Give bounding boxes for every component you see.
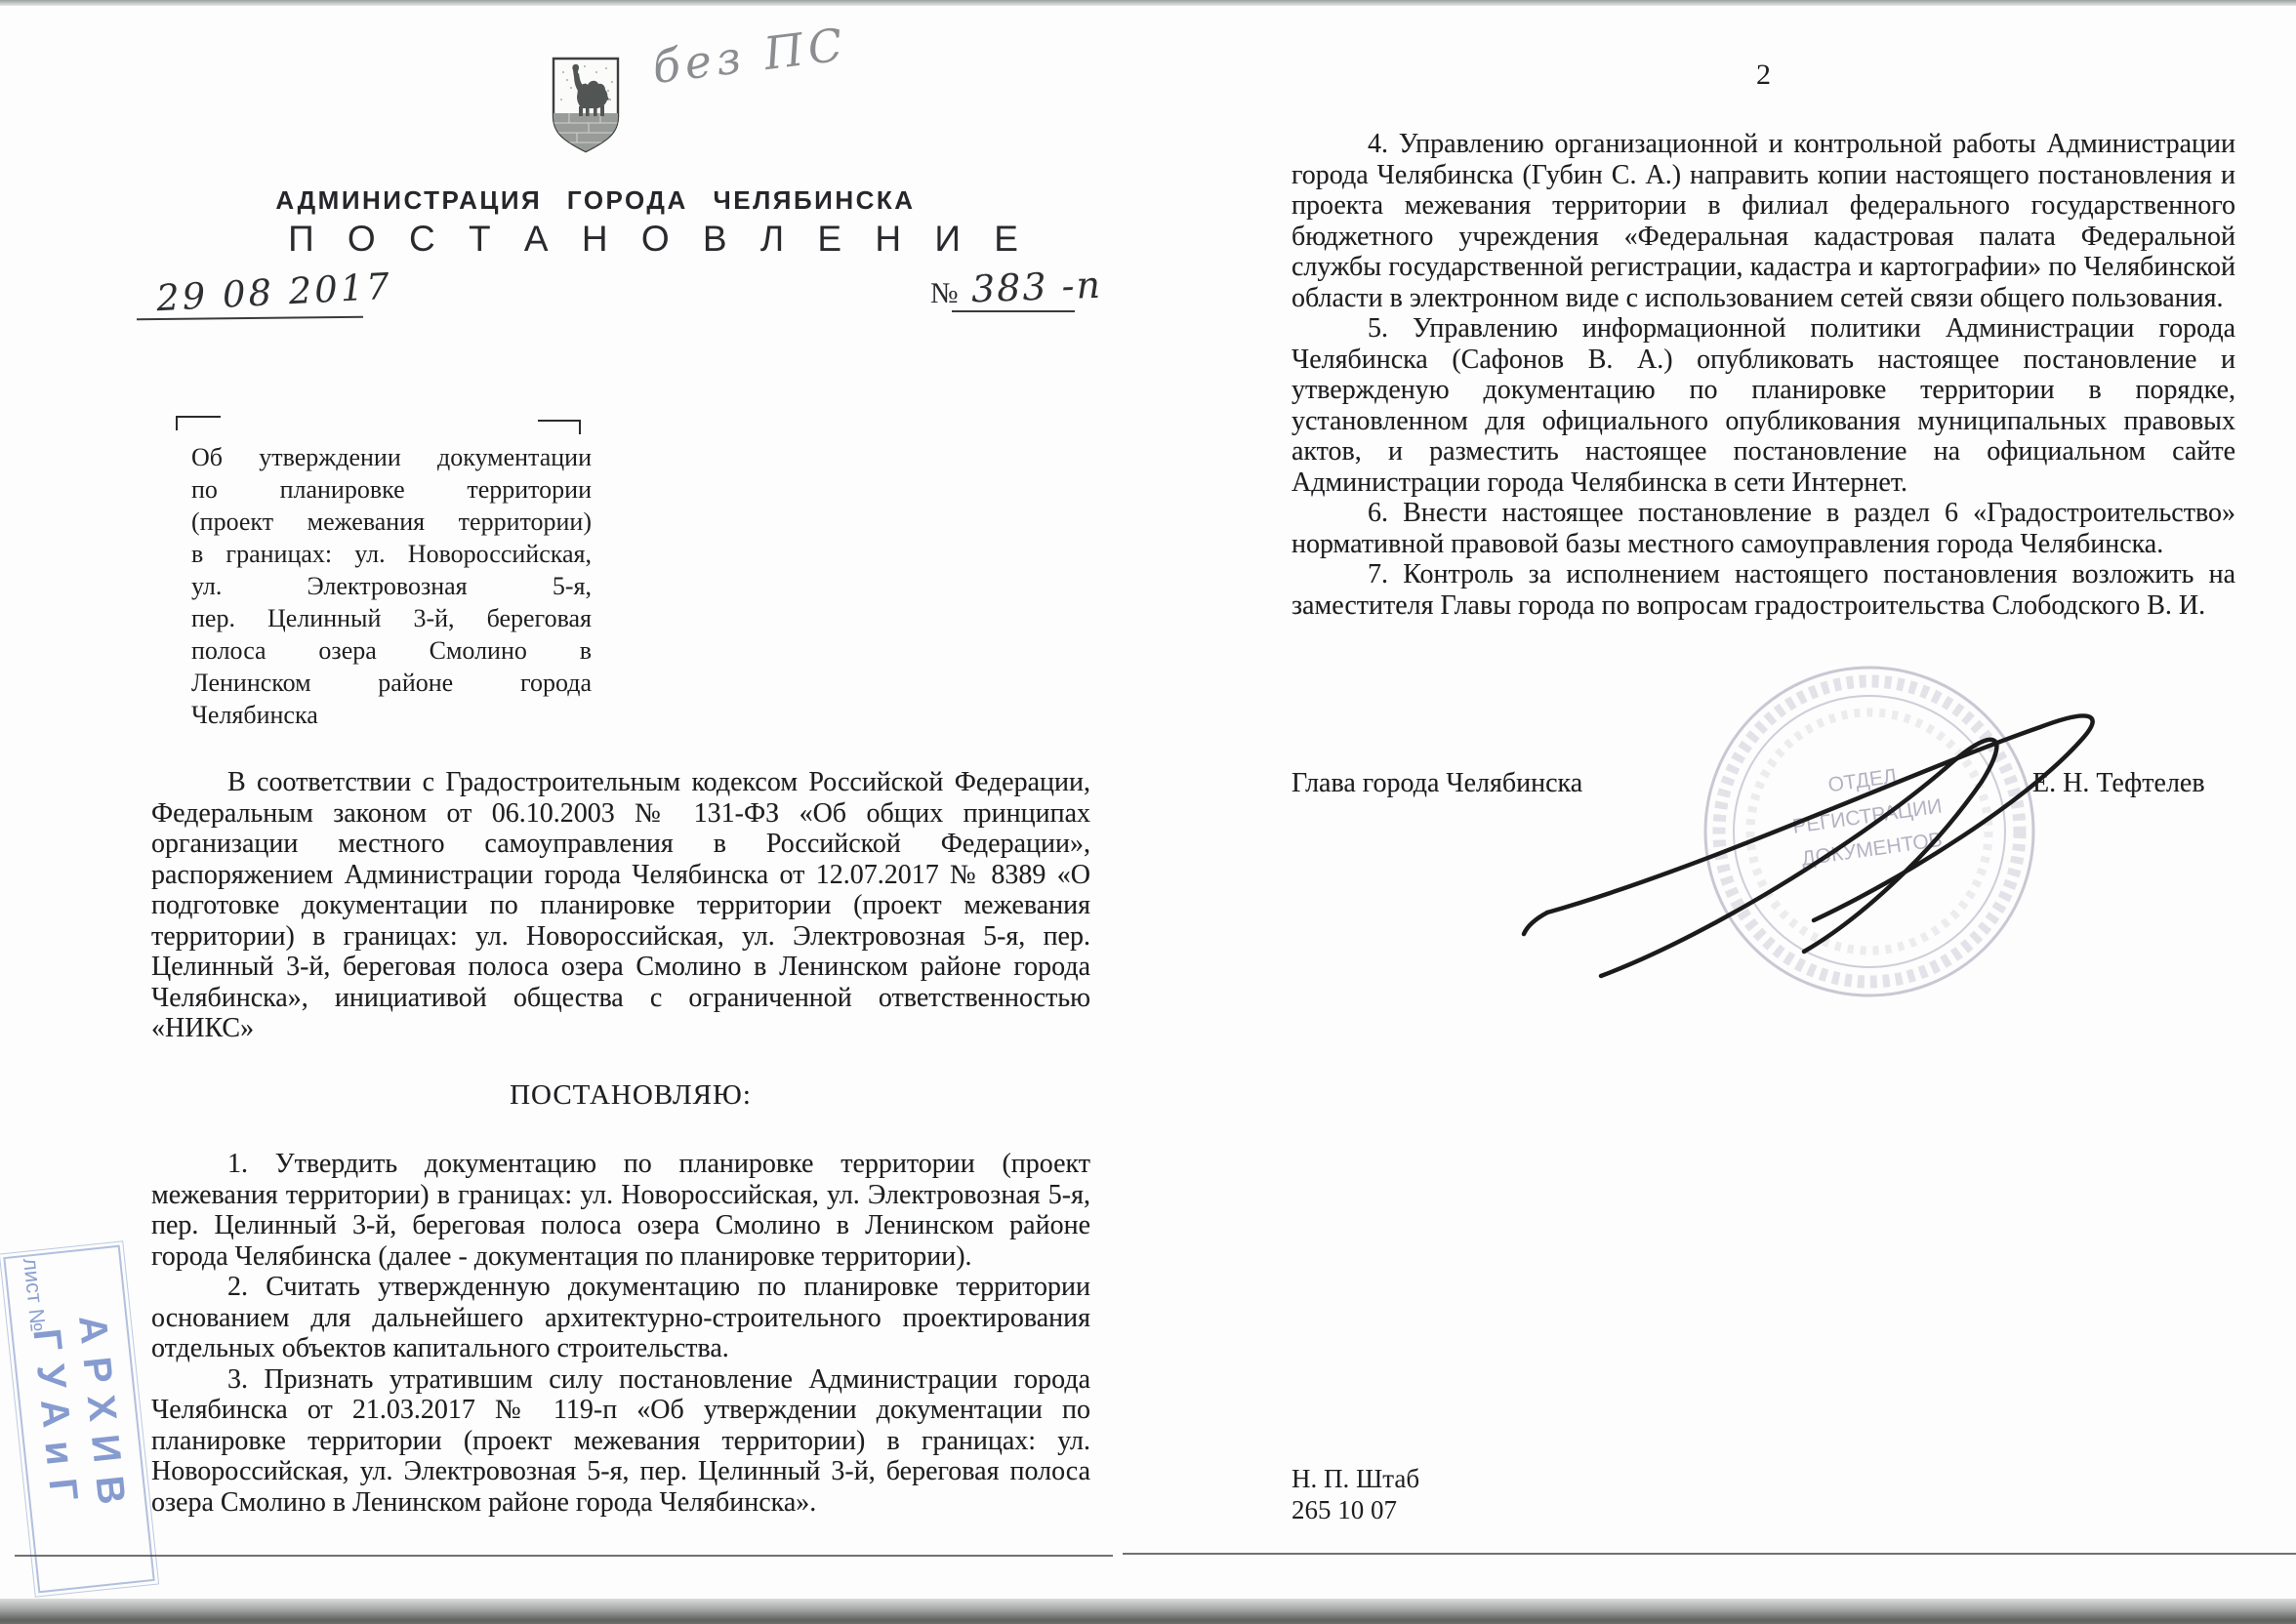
page-number: 2 xyxy=(1291,59,2235,92)
pencil-note: без ПС xyxy=(649,18,849,94)
scanned-decree-document: без ПС xyxy=(0,0,2296,1624)
archive-stamp: ГУАиГАРХИВ xyxy=(3,1245,155,1594)
decree-items-page2: 4. Управлению организационной и контроль… xyxy=(1291,129,2235,621)
decree-item: 4. Управлению организационной и контроль… xyxy=(1291,129,2235,313)
org-name: АДМИНИСТРАЦИЯ ГОРОДА ЧЕЛЯБИНСКА xyxy=(151,185,1040,216)
decree-item: 1. Утвердить документацию по планировке … xyxy=(151,1149,1090,1272)
footer-executor-name: Н. П. Штаб xyxy=(1291,1464,1419,1494)
number-underline xyxy=(952,310,1075,312)
signature-ink xyxy=(1503,683,2128,1005)
decree-item: 6. Внести настоящее постановление в разд… xyxy=(1291,498,2235,559)
subject-line: в границах: ул. Новороссийская, xyxy=(191,538,592,570)
number-sign: № xyxy=(930,277,959,310)
decree-item: 7. Контроль за исполнением настоящего по… xyxy=(1291,559,2235,621)
subject-block: Об утверждении документациипо планировке… xyxy=(191,441,592,731)
subject-line: Челябинска xyxy=(191,699,592,731)
scan-bottom-edge xyxy=(0,1599,2296,1624)
page2-bottom-scan-line xyxy=(1123,1553,2296,1555)
subject-corner-mark-right xyxy=(538,420,581,434)
subject-line: ул. Электровозная 5-я, xyxy=(191,570,592,602)
subject-line: Ленинском районе города xyxy=(191,667,592,699)
decree-item: 2. Считать утвержденную документацию по … xyxy=(151,1272,1090,1364)
decree-item: 5. Управлению информационной политики Ад… xyxy=(1291,313,2235,498)
decree-items-page1: 1. Утвердить документацию по планировке … xyxy=(151,1149,1090,1518)
resolve-word: ПОСТАНОВЛЯЮ: xyxy=(151,1079,1110,1112)
subject-corner-mark-left xyxy=(176,416,221,430)
subject-line: (проект межевания территории) xyxy=(191,506,592,538)
scan-top-edge xyxy=(0,0,2296,6)
footer-executor-phone: 265 10 07 xyxy=(1291,1495,1397,1525)
chelyabinsk-coat-of-arms xyxy=(550,55,622,156)
intro-paragraph: В соответствии с Градостроительным кодек… xyxy=(151,767,1090,1044)
document-type-title: П О С Т А Н О В Л Е Н И Е xyxy=(244,219,1074,260)
handwritten-number: 383 -п xyxy=(970,264,1102,311)
signature-title: Глава города Челябинска xyxy=(1291,768,1582,799)
handwritten-date: 29 08 2017 xyxy=(155,265,393,320)
subject-line: по планировке территории xyxy=(191,473,592,506)
subject-line: Об утверждении документации xyxy=(191,441,592,473)
subject-line: полоса озера Смолино в xyxy=(191,634,592,667)
signature-name: Е. Н. Тефтелев xyxy=(2032,768,2205,799)
camel-icon xyxy=(550,55,622,156)
subject-line: пер. Целинный 3-й, береговая xyxy=(191,602,592,634)
decree-item: 3. Признать утратившим силу постановлени… xyxy=(151,1364,1090,1519)
intro-paragraph-wrap: В соответствии с Градостроительным кодек… xyxy=(151,767,1090,1044)
page1-bottom-scan-line xyxy=(15,1555,1113,1557)
